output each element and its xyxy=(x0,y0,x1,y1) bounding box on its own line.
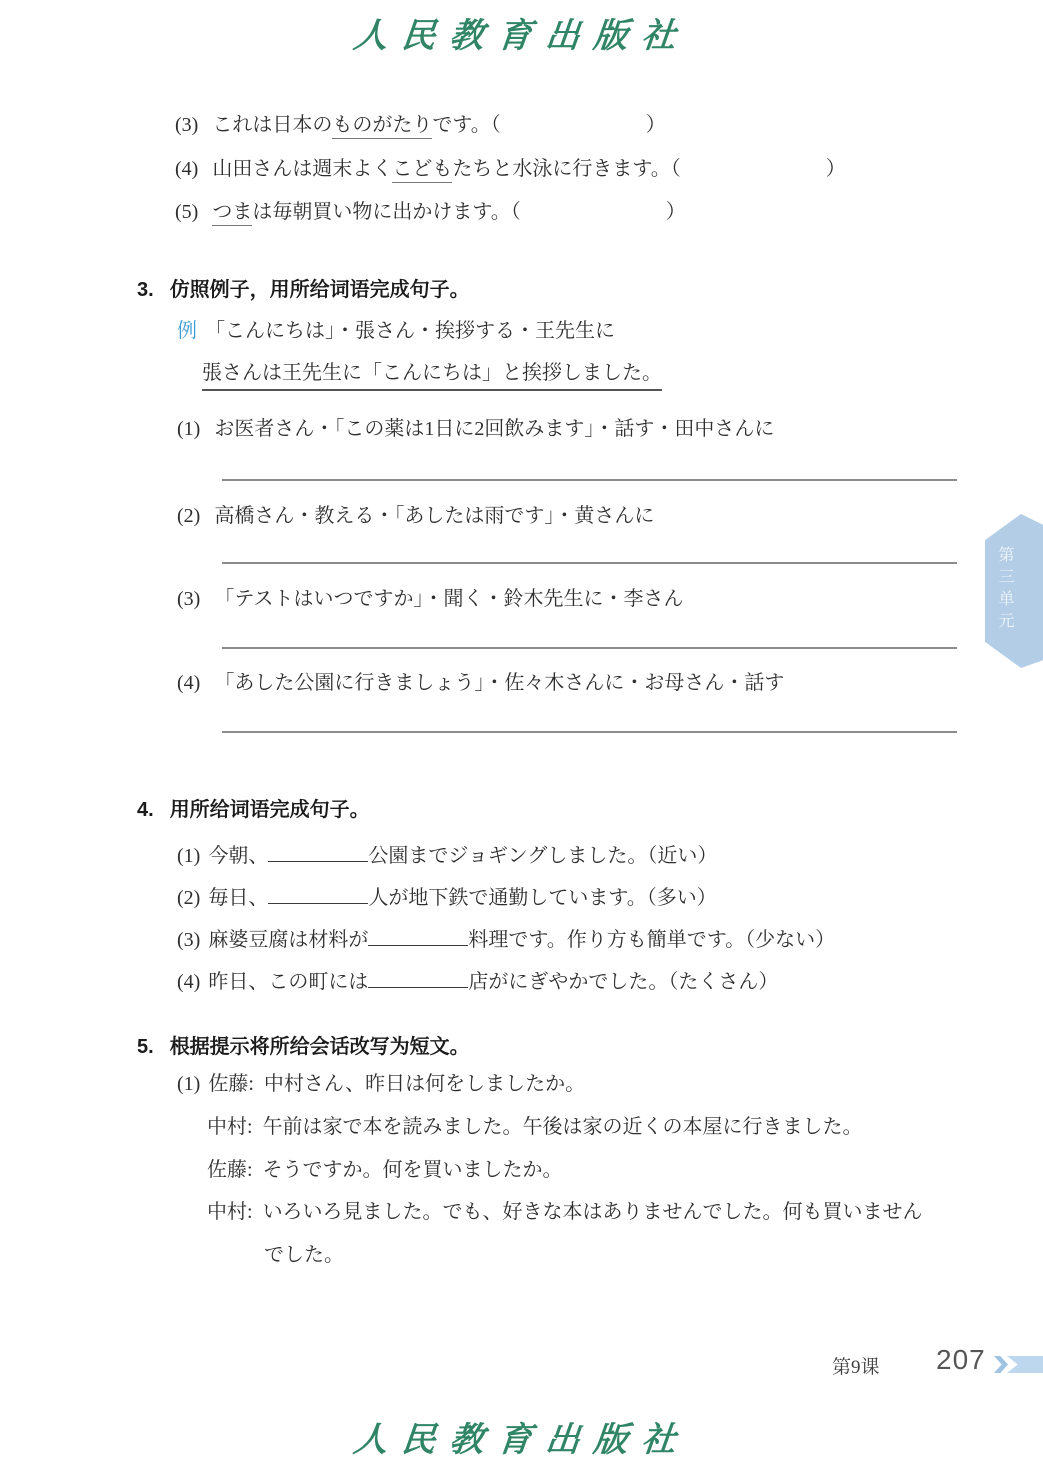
item-number: (5) xyxy=(175,199,198,225)
fill-blank-item: (4)昨日、この町には店がにぎやかでした。（たくさん） xyxy=(177,966,778,995)
fill-blank-item: (3)麻婆豆腐は材料が料理です。作り方も簡単です。（少ない） xyxy=(177,924,835,953)
fill-blank-item: (2)毎日、人が地下鉄で通勤しています。（多い） xyxy=(177,882,717,911)
item-text-post: 人が地下鉄で通勤しています。（多い） xyxy=(368,887,716,909)
item-number: (3) xyxy=(177,586,200,612)
answer-line xyxy=(222,562,957,564)
answer-line xyxy=(222,647,957,649)
exercise-item: (2)高橋さん・教える・「あしたは雨です」・黄さんに xyxy=(177,503,654,529)
textbook-page: 人民教育出版社 (3)これは日本のものがたりです。（） (4)山田さんは週末よく… xyxy=(0,0,1043,1474)
item-text-pre: 麻婆豆腐は材料が xyxy=(208,929,368,951)
underlined-word: つま xyxy=(212,201,252,226)
footer-ribbon xyxy=(1007,1356,1043,1373)
fill-blank-item: (1)今朝、公園までジョギングしました。（近い） xyxy=(177,840,717,869)
exercise-item: (4)「あした公園に行きましょう」・佐々木さんに・お母さん・話す xyxy=(177,670,784,696)
item-text: 「テストはいつですか」・聞く・鈴木先生に・李さん xyxy=(214,588,683,610)
example-answer: 張さんは王先生に「こんにちは」と挨拶しました。 xyxy=(202,362,662,391)
vocab-item: (3)これは日本のものがたりです。（） xyxy=(175,112,666,138)
item-text-post: 公園までジョギングしました。（近い） xyxy=(368,845,717,867)
item-text-pre: 山田さんは週末よく xyxy=(212,158,392,180)
item-text-pre: 今朝、 xyxy=(208,845,268,867)
dialogue-line-continuation: でした。 xyxy=(264,1242,344,1268)
speaker-name: 佐藤: xyxy=(207,1157,253,1183)
vocab-item: (4)山田さんは週末よくこどもたちと水泳に行きます。（） xyxy=(175,156,846,182)
underlined-word: ものがたり xyxy=(332,114,432,139)
underlined-word: こども xyxy=(392,158,452,183)
dialogue-line: (1)佐藤:中村さん、昨日は何をしましたか。 xyxy=(177,1071,585,1097)
footer-chevron-icon xyxy=(994,1356,1008,1373)
item-text-pre: 毎日、 xyxy=(208,887,268,909)
paren-open: （ xyxy=(491,114,501,136)
fill-blank xyxy=(268,840,368,862)
footer-lesson-label: 第9课 xyxy=(832,1352,880,1379)
dialogue-text: 午前は家で本を読みました。午後は家の近くの本屋に行きました。 xyxy=(263,1116,863,1138)
item-number: (4) xyxy=(177,670,200,696)
dialogue-line: 中村:いろいろ見ました。でも、好きな本はありませんでした。何も買いません xyxy=(207,1199,923,1225)
example-prompt: 「こんにちは」・張さん・挨拶する・王先生に xyxy=(205,320,615,342)
item-text-post: 店がにぎやかでした。（たくさん） xyxy=(468,971,778,993)
section-title: 用所给词语完成句子。 xyxy=(170,799,370,821)
item-number: (4) xyxy=(175,156,198,182)
dialogue-text: そうですか。何を買いましたか。 xyxy=(263,1159,563,1181)
section-title: 仿照例子，用所给词语完成句子。 xyxy=(170,279,470,301)
answer-line xyxy=(222,731,957,733)
fill-blank xyxy=(368,924,468,946)
item-text: 高橋さん・教える・「あしたは雨です」・黄さんに xyxy=(214,505,654,527)
item-number: (2) xyxy=(177,885,200,911)
item-text-post: です。 xyxy=(432,114,490,136)
paren-open: （ xyxy=(511,201,521,223)
dialogue-line: 中村:午前は家で本を読みました。午後は家の近くの本屋に行きました。 xyxy=(207,1114,863,1140)
item-text-post: たちと水泳に行きます。 xyxy=(452,158,670,180)
item-number: (4) xyxy=(177,969,200,995)
example-prompt-line: 例「こんにちは」・張さん・挨拶する・王先生に xyxy=(177,318,615,344)
paren-open: （ xyxy=(671,158,681,180)
dialogue-text: でした。 xyxy=(264,1244,344,1266)
speaker-name: 佐藤: xyxy=(208,1071,254,1097)
vocab-item: (5)つまは毎朝買い物に出かけます。（） xyxy=(175,199,686,225)
publisher-logo-top: 人民教育出版社 xyxy=(351,8,692,57)
item-text: 「あした公園に行きましょう」・佐々木さんに・お母さん・話す xyxy=(214,672,784,694)
item-number: (2) xyxy=(177,503,200,529)
dialogue-text: 中村さん、昨日は何をしましたか。 xyxy=(264,1073,585,1095)
section-title: 根据提示将所给会话改写为短文。 xyxy=(170,1036,470,1058)
example-answer-line: 張さんは王先生に「こんにちは」と挨拶しました。 xyxy=(202,360,662,386)
fill-blank xyxy=(268,882,368,904)
item-number: (1) xyxy=(177,416,200,442)
item-number: (3) xyxy=(177,927,200,953)
example-label: 例 xyxy=(177,320,197,342)
speaker-name: 中村: xyxy=(207,1199,253,1225)
fill-blank xyxy=(368,966,468,988)
section-number: 5. xyxy=(137,1036,154,1059)
item-number: (1) xyxy=(177,843,200,869)
unit-tab-label: 第三单元 xyxy=(993,546,1016,634)
paren-close: ） xyxy=(666,201,686,223)
item-text-post: は毎朝買い物に出かけます。 xyxy=(252,201,510,223)
item-text-pre: 昨日、この町には xyxy=(208,971,368,993)
item-text-pre: これは日本の xyxy=(212,114,332,136)
item-number: (3) xyxy=(175,112,198,138)
dialogue-line: 佐藤:そうですか。何を買いましたか。 xyxy=(207,1157,563,1183)
footer-page-number: 207 xyxy=(936,1344,986,1376)
exercise-item: (1)お医者さん・「この薬は1日に2回飲みます」・話す・田中さんに xyxy=(177,416,774,442)
paren-close: ） xyxy=(826,158,846,180)
exercise-item: (3)「テストはいつですか」・聞く・鈴木先生に・李さん xyxy=(177,586,684,612)
item-text-post: 料理です。作り方も簡単です。（少ない） xyxy=(468,929,835,951)
paren-close: ） xyxy=(646,114,666,136)
speaker-name: 中村: xyxy=(207,1114,253,1140)
item-number: (1) xyxy=(177,1071,200,1097)
section-number: 3. xyxy=(137,279,154,302)
section-4-header: 4.用所给词语完成句子。 xyxy=(137,793,370,822)
answer-line xyxy=(222,479,957,481)
section-number: 4. xyxy=(137,799,154,822)
section-5-header: 5.根据提示将所给会话改写为短文。 xyxy=(137,1030,470,1059)
section-3-header: 3.仿照例子，用所给词语完成句子。 xyxy=(137,273,470,302)
dialogue-text: いろいろ見ました。でも、好きな本はありませんでした。何も買いません xyxy=(263,1201,923,1223)
item-text: お医者さん・「この薬は1日に2回飲みます」・話す・田中さんに xyxy=(214,418,774,440)
publisher-logo-bottom: 人民教育出版社 xyxy=(351,1412,692,1461)
